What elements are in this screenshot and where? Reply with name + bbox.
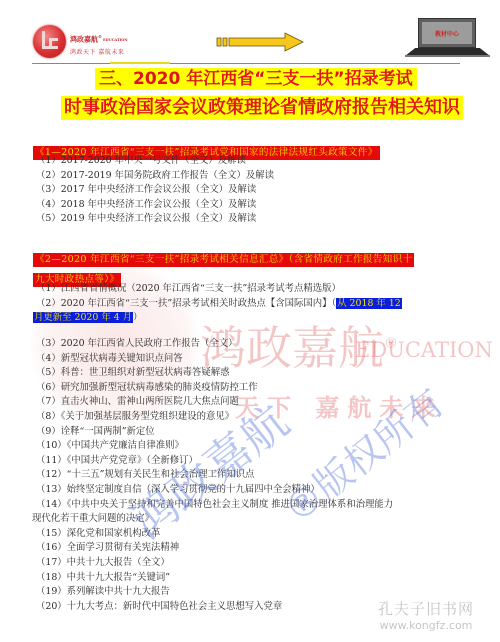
list-item: （7）直击火神山、雷神山两所医院几大焦点问题 [36, 395, 393, 410]
laptop-icon: 教材中心 [405, 18, 490, 60]
logo-brand: 鸿政嘉航®EDUCATION [70, 34, 128, 44]
list-item: （16）全面学习贯彻有关宪法精神 [36, 541, 393, 556]
date-range-highlight: 月更新至 2020 年 4 月 [33, 312, 133, 323]
watermark-site: 孔夫子旧书网 www.kongfz.com [378, 598, 474, 632]
section-2-heading: 《2—2020 年江西省“三支一扶”招录考试相关信息汇总》（含省情政府工作报告知… [33, 247, 414, 287]
right-arrow-icon [215, 32, 305, 52]
list-item: （17）中共十九大报告（全文） [36, 556, 393, 571]
date-range-highlight: 从 2018 年 12 [336, 298, 401, 309]
list-item-continuation: 现代化若干重大问题的决定》 [32, 512, 393, 527]
list-item: （19）系列解读中共十九大报告 [36, 585, 393, 600]
list-item: （20）十九大考点：新时代中国特色社会主义思想写入党章 [36, 600, 393, 615]
logo-slogan: 鸿政天下 嘉航未来 [70, 47, 124, 56]
list-item: （4）新型冠状病毒关键知识点问答 [36, 352, 393, 367]
list-item: （15）深化党和国家机构改革 [36, 527, 393, 542]
list-item: （1）2017-2020 年中央一号文件（全文）及解读 [36, 154, 274, 169]
list-item: （6）研究加强新型冠状病毒感染的肺炎疫情防控工作 [36, 381, 393, 396]
page-title: 三、2020 年江西省“三支一扶”招录考试 [95, 68, 417, 90]
section-1-list: （1）2017-2020 年中央一号文件（全文）及解读 （2）2017-2019… [36, 154, 274, 227]
list-item: （3）2020 年江西省人民政府工作报告（全文） [36, 337, 393, 352]
list-item: （5）2019 年中央经济工作会议公报（全文）及解读 [36, 212, 274, 227]
list-item: （2）2017-2019 年国务院政府工作报告（全文）及解读 [36, 169, 274, 184]
header-divider-accent [110, 62, 170, 64]
list-item: （2）2020 年江西省“三支一扶”招录考试相关时政热点【含国际国内】（从 20… [36, 297, 402, 312]
list-item: （3）2017 年中央经济工作会议公报（全文）及解读 [36, 183, 274, 198]
section-2-top-items: （1）江西省省情概况（2020 年江西省“三支一扶”招录考试考点精选版） （2）… [36, 282, 402, 326]
list-item-continuation: 月更新至 2020 年 4 月） [33, 311, 402, 326]
laptop-screen-label: 教材中心 [422, 22, 472, 44]
page-subtitle: 时事政治国家会议政策理论省情政府报告相关知识 [61, 96, 463, 120]
list-item: （18）中共十九大报告“关键词” [36, 571, 393, 586]
list-item: （1）江西省省情概况（2020 年江西省“三支一扶”招录考试考点精选版） [36, 282, 402, 297]
list-item: （4）2018 年中央经济工作会议公报（全文）及解读 [36, 198, 274, 213]
list-item: （5）科普：世卫组织对新型冠状病毒答疑解惑 [36, 366, 393, 381]
header-divider [32, 63, 460, 64]
logo-icon [33, 25, 66, 58]
